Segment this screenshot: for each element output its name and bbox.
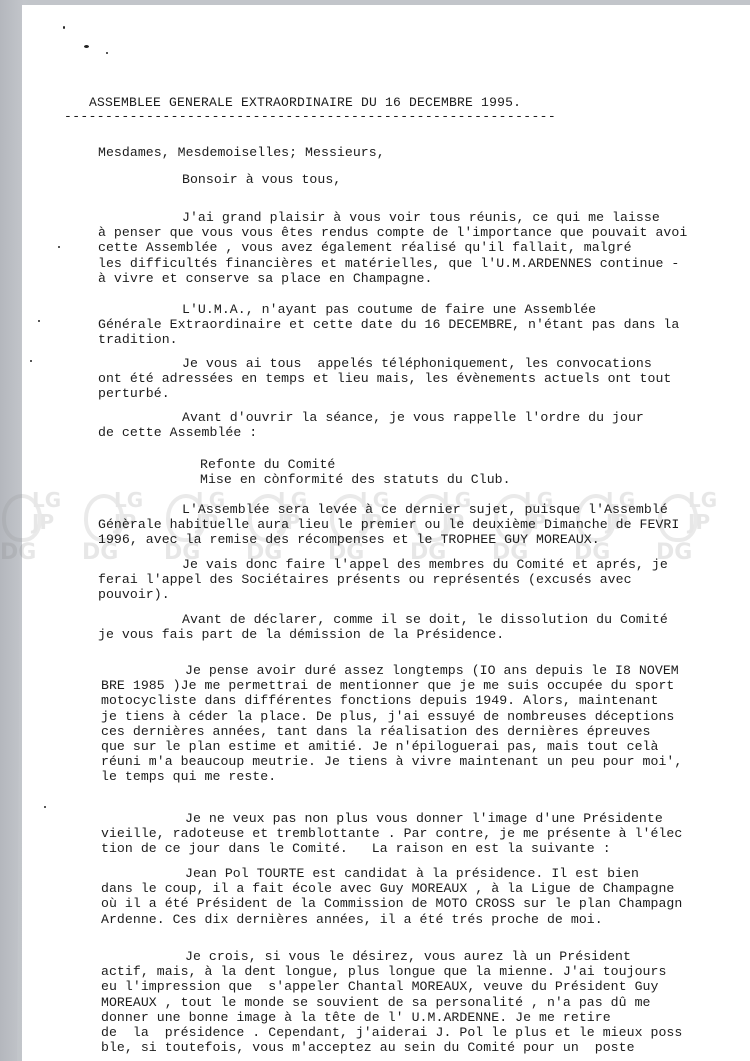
paragraph-line: eu l'impression que s'appeler Chantal MO… bbox=[101, 979, 658, 994]
paragraph-line: ces dernières années, tant dans la réali… bbox=[101, 724, 651, 739]
paragraph-line: Je ne veux pas non plus vous donner l'im… bbox=[185, 811, 663, 826]
scan-speck bbox=[38, 320, 40, 322]
paragraph-line: tion de ce jour dans le Comité. La raiso… bbox=[101, 841, 611, 856]
paragraph-line: à vivre et conserve sa place en Champagn… bbox=[98, 271, 432, 286]
paragraph-line: Jean Pol TOURTE est candidat à la présid… bbox=[185, 866, 639, 881]
paragraph-line: motocycliste dans différentes fonctions … bbox=[101, 693, 658, 708]
paragraph-line: je vous fais part de la démission de la … bbox=[98, 627, 504, 642]
paragraph-line: Génèrale habituelle aura lieu le premier… bbox=[98, 517, 679, 532]
paragraph-line: J'ai grand plaisir à vous voir tous réun… bbox=[182, 210, 660, 225]
paragraph-line: les difficultés financières et matériell… bbox=[98, 256, 679, 271]
paragraph-line: à penser que vous vous êtes rendus compt… bbox=[98, 225, 687, 240]
paragraph-line: Je vous ai tous appelés téléphoniquement… bbox=[182, 356, 652, 371]
scan-border-left bbox=[0, 0, 24, 1061]
paragraph-line: BRE 1985 )Je me permettrai de mentionner… bbox=[101, 678, 674, 693]
paragraph-line: le temps qui me reste. bbox=[101, 769, 276, 784]
paragraph-line: pouvoir). bbox=[98, 587, 170, 602]
document-title: ASSEMBLEE GENERALE EXTRAORDINAIRE DU 16 … bbox=[89, 95, 521, 110]
salutation: Mesdames, Mesdemoiselles; Messieurs, bbox=[98, 145, 385, 160]
paragraph-line: de la présidence . Cependant, j'aiderai … bbox=[101, 1025, 682, 1040]
agenda-item: Mise en cònformité des statuts du Club. bbox=[200, 472, 511, 487]
paragraph-line: Ardenne. Ces dix dernières années, il a … bbox=[101, 912, 603, 927]
agenda-item: Refonte du Comité bbox=[200, 457, 335, 472]
scan-speck bbox=[30, 360, 32, 362]
scan-speck bbox=[63, 26, 65, 29]
paragraph-line: perturbé. bbox=[98, 386, 170, 401]
paragraph-line: de cette Assemblée : bbox=[98, 425, 257, 440]
paragraph-line: tradition. bbox=[98, 332, 178, 347]
paragraph-line: je tiens à céder la place. De plus, j'ai… bbox=[101, 709, 674, 724]
paragraph-line: cette Assemblée , vous avez également ré… bbox=[98, 240, 632, 255]
paragraph-line: dans le coup, il a fait école avec Guy M… bbox=[101, 881, 674, 896]
paragraph-line: L'Assemblée sera levée à ce dernier suje… bbox=[182, 502, 668, 517]
paragraph-line: Avant de déclarer, comme il se doit, le … bbox=[182, 612, 668, 627]
paragraph-line: 1996, avec la remise des récompenses et … bbox=[98, 532, 600, 547]
scan-speck bbox=[44, 806, 46, 808]
paragraph-line: Je vais donc faire l'appel des membres d… bbox=[182, 557, 668, 572]
paragraph-line: ferai l'appel des Sociétaires présents o… bbox=[98, 572, 632, 587]
paragraph-line: réuni m'a beaucoup meutrie. Je tiens à v… bbox=[101, 754, 682, 769]
paragraph-line: où il a été Président de la Commission d… bbox=[101, 896, 682, 911]
scan-speck bbox=[106, 52, 108, 54]
paragraph-line: actif, mais, à la dent longue, plus long… bbox=[101, 964, 666, 979]
paragraph-line: Je crois, si vous le désirez, vous aurez… bbox=[185, 949, 631, 964]
paragraph-line: que sur le plan estime et amitié. Je n'é… bbox=[101, 739, 658, 754]
paragraph-line: Générale Extraordinaire et cette date du… bbox=[98, 317, 679, 332]
paragraph-line: ble, si toutefois, vous m'acceptez au se… bbox=[101, 1040, 635, 1055]
scan-speck bbox=[58, 246, 60, 248]
title-underline: ----------------------------------------… bbox=[64, 109, 556, 124]
paragraph-line: Je pense avoir duré assez longtemps (IO … bbox=[185, 663, 679, 678]
greeting: Bonsoir à vous tous, bbox=[182, 172, 341, 187]
paragraph-line: vieille, radoteuse et tremblottante . Pa… bbox=[101, 826, 682, 841]
paragraph-line: Avant d'ouvrir la séance, je vous rappel… bbox=[182, 410, 644, 425]
paragraph-line: MOREAUX , tout le monde se souvient de s… bbox=[101, 995, 651, 1010]
paragraph-line: L'U.M.A., n'ayant pas coutume de faire u… bbox=[182, 302, 596, 317]
scan-speck bbox=[84, 45, 89, 48]
paragraph-line: ont été adressées en temps et lieu mais,… bbox=[98, 371, 671, 386]
paragraph-line: donner une bonne image à la tête de l' U… bbox=[101, 1010, 611, 1025]
